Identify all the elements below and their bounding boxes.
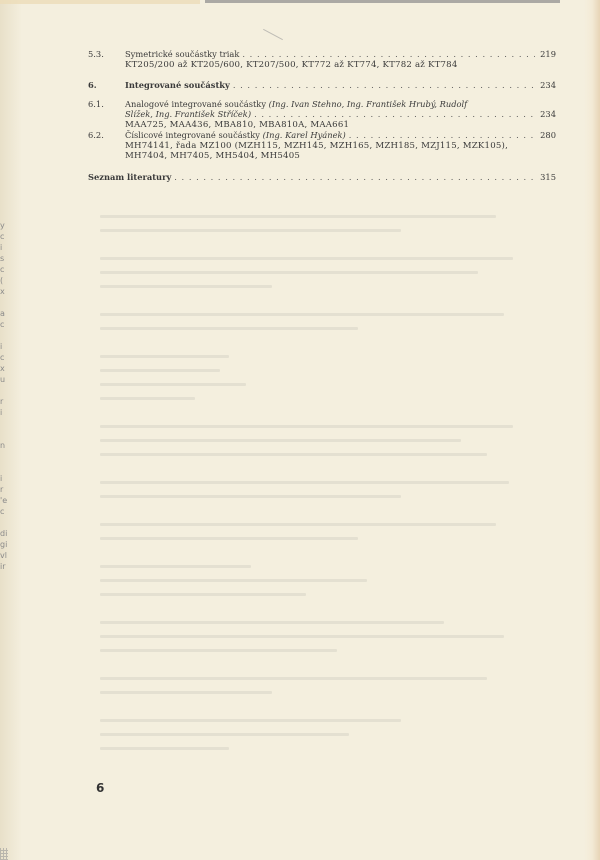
bleed-fragment [0,297,16,308]
bleed-fragment: ( [0,275,16,286]
bleed-fragment [0,429,16,440]
page-number: 6 [96,781,104,795]
page-reference: 315 [538,172,556,183]
bleed-fragment: x [0,363,16,374]
bleed-fragment [0,517,16,528]
page-reference: 219 [538,49,556,60]
section-details: KT205/200 až KT205/600, KT207/500, KT772… [88,60,556,71]
reverse-side-show-through [100,215,530,735]
dot-leader [349,130,535,141]
section-title: Symetrické součástky triak [125,49,239,60]
dot-leader [242,49,535,60]
bleed-fragment: c [0,352,16,363]
scan-corner-mark [0,848,8,860]
bleed-fragment: c [0,506,16,517]
section-title: Integrované součástky [125,80,230,91]
bleed-fragment: i [0,341,16,352]
bleed-fragment: a [0,308,16,319]
bleed-fragment: c [0,264,16,275]
section-number: 6.1. [88,99,125,110]
bleed-fragment: i [0,242,16,253]
bleed-fragment: vl [0,550,16,561]
toc-entry-6-2[interactable]: 6.2. Číslicové integrované součástky (In… [88,130,556,162]
section-number: 5.3. [88,49,125,60]
bleed-fragment [0,385,16,396]
bleed-fragment [0,462,16,473]
section-authors: (Ing. Karel Hyánek) [263,130,346,140]
bleed-fragment: x [0,286,16,297]
page-edge-stripe [0,0,200,4]
section-title: Analogové integrované součástky (Ing. Iv… [125,99,467,110]
dot-leader [254,109,535,120]
bleed-fragment: r [0,484,16,495]
scan-edge-shadow [205,0,560,3]
bleed-fragment [0,418,16,429]
toc-entry-6[interactable]: 6. Integrované součástky 234 [88,80,556,91]
adjacent-page-bleed: ycisc(xacicxurinir'ecdigivlir [0,220,16,660]
dot-leader [174,172,535,183]
scanned-page: ycisc(xacicxurinir'ecdigivlir 5.3. Symet… [0,0,600,860]
bleed-fragment: gi [0,539,16,550]
bleed-fragment: r [0,396,16,407]
bleed-fragment: u [0,374,16,385]
bleed-fragment: c [0,319,16,330]
bleed-fragment: c [0,231,16,242]
section-authors: (Ing. Ivan Stehno, Ing. František Hrubý,… [269,99,468,109]
bleed-fragment: y [0,220,16,231]
table-of-contents: 5.3. Symetrické součástky triak 219 KT20… [88,49,556,182]
section-title: Seznam literatury [88,172,171,183]
bleed-fragment: di [0,528,16,539]
bleed-fragment: ir [0,561,16,572]
bleed-fragment [0,330,16,341]
page-reference: 280 [538,130,556,141]
dot-leader [233,80,535,91]
section-details-cont: MH7404, MH7405, MH5404, MH5405 [88,151,556,162]
section-title: Číslicové integrované součástky (Ing. Ka… [125,130,346,141]
section-number: 6. [88,80,125,91]
paper-crease [263,29,283,40]
page-reference: 234 [538,109,556,120]
toc-entry-5-3[interactable]: 5.3. Symetrické součástky triak 219 KT20… [88,49,556,70]
section-authors-cont: Slížek, Ing. František Stříček) [125,109,251,120]
bleed-fragment: n [0,440,16,451]
bleed-fragment: i [0,473,16,484]
section-details: MH74141, řada MZ100 (MZH115, MZH145, MZH… [88,141,556,152]
toc-entry-6-1[interactable]: 6.1. Analogové integrované součástky (In… [88,99,556,131]
section-details: MAA725, MAA436, MBA810, MBA810A, MAA661 [88,120,556,131]
bleed-fragment: s [0,253,16,264]
toc-entry-bibliography[interactable]: Seznam literatury 315 [88,172,556,183]
bleed-fragment: i [0,407,16,418]
bleed-fragment: 'e [0,495,16,506]
section-number: 6.2. [88,130,125,141]
bleed-fragment [0,451,16,462]
page-reference: 234 [538,80,556,91]
